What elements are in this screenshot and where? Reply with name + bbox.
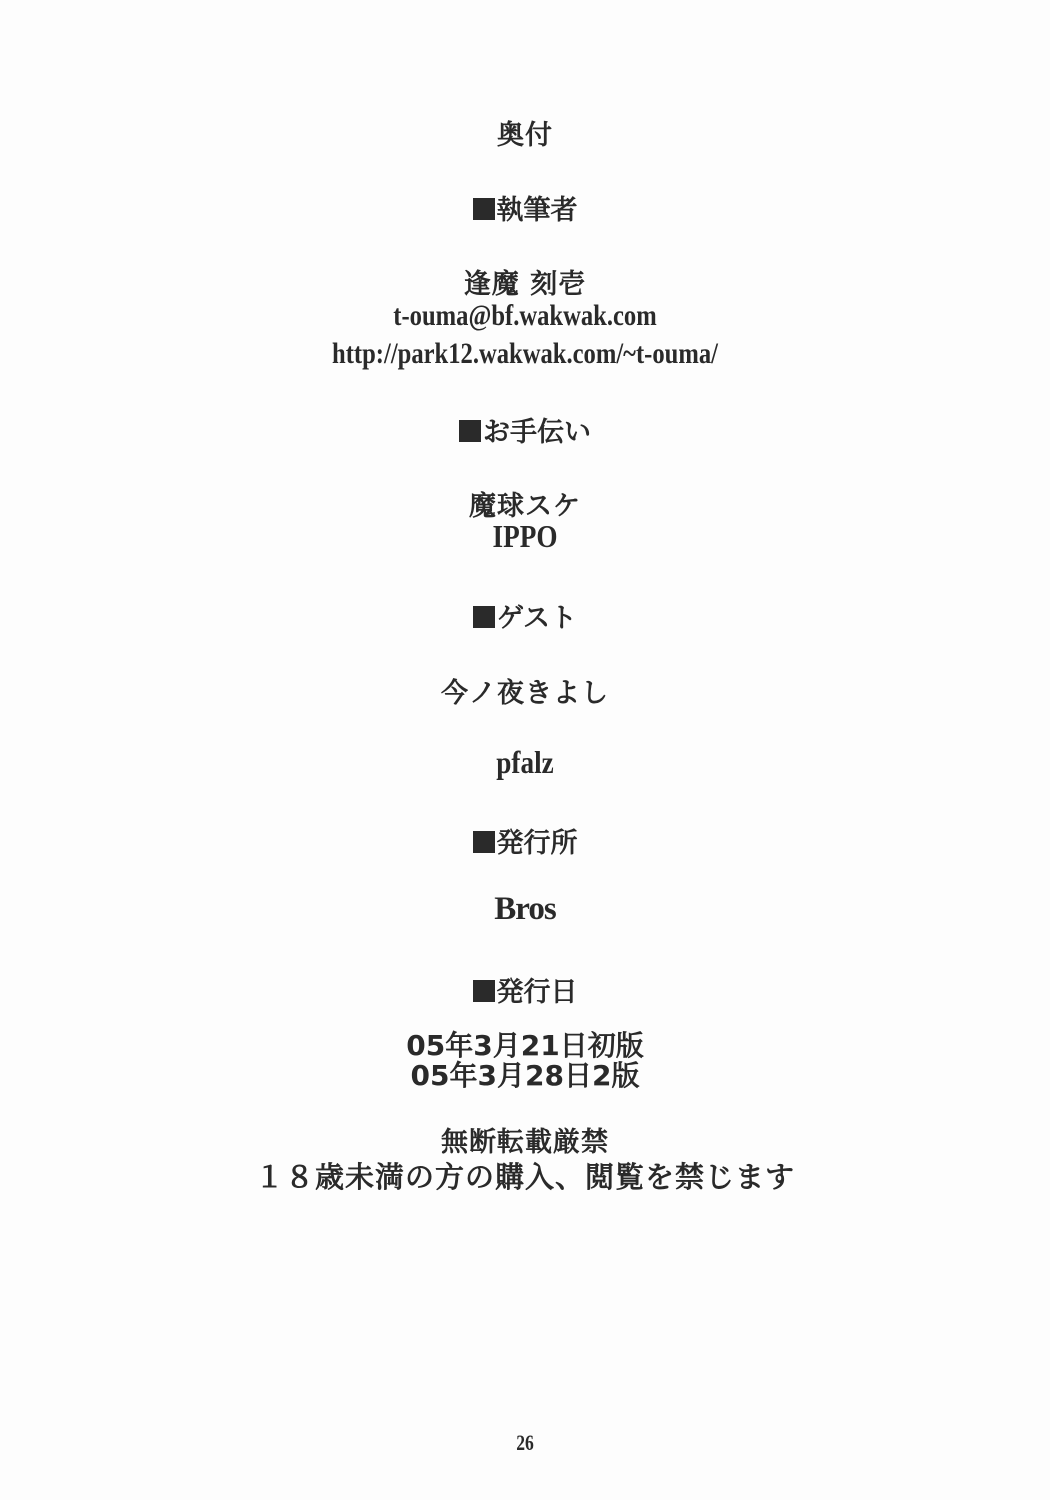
section-heading-guests: ゲスト — [0, 596, 1050, 635]
author-name: 逢魔 刻壱 — [0, 262, 1050, 301]
reprint-prohibited-notice: 無断転載厳禁 — [0, 1120, 1050, 1159]
age-restriction-notice: １８歳未満の方の購入、閲覧を禁じます — [0, 1155, 1050, 1196]
square-bullet-icon — [473, 606, 495, 628]
assistant-name-2: IPPO — [79, 518, 972, 555]
page-number: 26 — [105, 1430, 945, 1456]
colophon-title: 奥付 — [0, 113, 1050, 152]
author-url: http://park12.wakwak.com/~t-ouma/ — [95, 337, 956, 371]
guest-name-1: 今ノ夜きよし — [0, 671, 1050, 710]
square-bullet-icon — [459, 420, 481, 442]
section-heading-assistants: お手伝い — [0, 410, 1050, 449]
square-bullet-icon — [473, 198, 495, 220]
section-heading-publisher: 発行所 — [0, 821, 1050, 860]
square-bullet-icon — [473, 831, 495, 853]
second-edition-date: 05年3月28日2版 — [0, 1054, 1050, 1094]
section-heading-publish-date: 発行日 — [0, 970, 1050, 1009]
author-email: t-ouma@bf.wakwak.com — [95, 299, 956, 333]
square-bullet-icon — [473, 980, 495, 1002]
publisher-name: Bros — [0, 891, 1050, 928]
guest-name-2: pfalz — [79, 744, 972, 781]
colophon-page: 奥付 執筆者 逢魔 刻壱 t-ouma@bf.wakwak.com http:/… — [0, 0, 1050, 1500]
section-heading-author: 執筆者 — [0, 188, 1050, 227]
